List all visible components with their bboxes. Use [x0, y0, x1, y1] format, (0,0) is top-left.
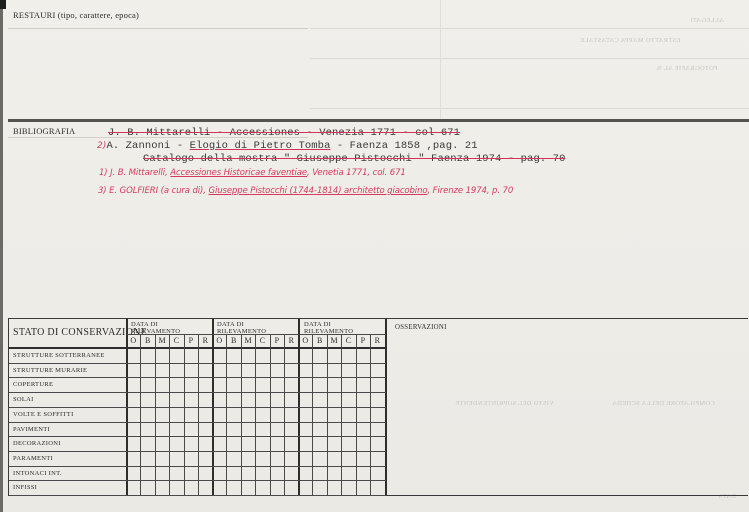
condition-checkbox-c[interactable]: [341, 436, 355, 451]
condition-checkbox-c[interactable]: [341, 377, 355, 392]
condition-checkbox-c[interactable]: [169, 407, 183, 422]
condition-checkbox-r[interactable]: [370, 363, 384, 378]
condition-checkbox-r[interactable]: [198, 495, 212, 510]
condition-checkbox-b[interactable]: [312, 363, 326, 378]
condition-checkbox-p[interactable]: [356, 480, 370, 495]
condition-code-r: R: [370, 336, 384, 345]
condition-checkbox-p[interactable]: [270, 392, 284, 407]
condition-checkbox-o[interactable]: [126, 348, 140, 363]
date-group-header-2: DATA DI RILEVAMENTO: [217, 321, 266, 335]
condition-checkbox-o[interactable]: [126, 466, 140, 481]
condition-checkbox-r[interactable]: [370, 392, 384, 407]
condition-row-label: PAVIMENTI: [13, 426, 50, 433]
condition-checkbox-r[interactable]: [370, 407, 384, 422]
condition-checkbox-b[interactable]: [312, 451, 326, 466]
condition-checkbox-m[interactable]: [241, 422, 255, 437]
condition-checkbox-r[interactable]: [370, 466, 384, 481]
condition-checkbox-m[interactable]: [155, 451, 169, 466]
observations-field[interactable]: [387, 333, 747, 493]
condition-checkbox-p[interactable]: [270, 480, 284, 495]
date-group-header-1: DATA DI RILEVAMENTO: [131, 321, 180, 335]
condition-row-label: PARAMENTI: [13, 455, 53, 462]
condition-checkbox-o[interactable]: [126, 407, 140, 422]
condition-code-o: O: [212, 336, 226, 345]
condition-checkbox-r[interactable]: [198, 451, 212, 466]
condition-code-p: P: [356, 336, 370, 345]
condition-checkbox-p[interactable]: [356, 495, 370, 510]
condition-checkbox-b[interactable]: [140, 480, 154, 495]
condition-checkbox-r[interactable]: [198, 392, 212, 407]
condition-checkbox-o[interactable]: [212, 451, 226, 466]
condition-checkbox-b[interactable]: [140, 392, 154, 407]
condition-checkbox-r[interactable]: [370, 348, 384, 363]
condition-checkbox-c[interactable]: [169, 466, 183, 481]
condition-checkbox-m[interactable]: [241, 495, 255, 510]
condition-checkbox-o[interactable]: [212, 495, 226, 510]
condition-checkbox-m[interactable]: [241, 436, 255, 451]
condition-checkbox-o[interactable]: [126, 436, 140, 451]
condition-checkbox-o[interactable]: [212, 422, 226, 437]
condition-checkbox-b[interactable]: [312, 495, 326, 510]
condition-checkbox-m[interactable]: [155, 407, 169, 422]
condition-checkbox-p[interactable]: [184, 495, 198, 510]
entry-title: Giuseppe Pistocchi (1744-1814) architett…: [208, 186, 427, 196]
condition-checkbox-o[interactable]: [212, 348, 226, 363]
condition-checkbox-m[interactable]: [327, 407, 341, 422]
bleed-through-text: ALLEGATI: [690, 17, 724, 24]
bleed-through-line: [310, 28, 749, 29]
condition-checkbox-b[interactable]: [226, 348, 240, 363]
condition-checkbox-p[interactable]: [356, 422, 370, 437]
condition-checkbox-b[interactable]: [226, 363, 240, 378]
condition-checkbox-o[interactable]: [212, 363, 226, 378]
condition-checkbox-c[interactable]: [169, 495, 183, 510]
condition-checkbox-p[interactable]: [184, 451, 198, 466]
condition-checkbox-p[interactable]: [270, 451, 284, 466]
condition-checkbox-r[interactable]: [284, 422, 298, 437]
condition-checkbox-o[interactable]: [126, 392, 140, 407]
condition-checkbox-o[interactable]: [126, 422, 140, 437]
condition-checkbox-p[interactable]: [184, 363, 198, 378]
condition-checkbox-r[interactable]: [198, 466, 212, 481]
entry-title: Elogio di Pietro Tomba: [190, 140, 331, 152]
condition-code-m: M: [155, 336, 169, 345]
condition-checkbox-p[interactable]: [270, 377, 284, 392]
condition-checkbox-p[interactable]: [356, 436, 370, 451]
condition-checkbox-p[interactable]: [356, 363, 370, 378]
condition-checkbox-c[interactable]: [169, 422, 183, 437]
condition-checkbox-b[interactable]: [226, 480, 240, 495]
condition-checkbox-b[interactable]: [226, 451, 240, 466]
condition-checkbox-c[interactable]: [255, 363, 269, 378]
condition-checkbox-o[interactable]: [298, 392, 312, 407]
observations-label: OSSERVAZIONI: [395, 324, 447, 331]
condition-checkbox-o[interactable]: [126, 451, 140, 466]
condition-checkbox-o[interactable]: [126, 363, 140, 378]
scan-edge: [0, 0, 3, 512]
condition-checkbox-b[interactable]: [226, 407, 240, 422]
condition-row-label: INFISSI: [13, 484, 37, 491]
condition-checkbox-r[interactable]: [370, 436, 384, 451]
condition-checkbox-c[interactable]: [341, 348, 355, 363]
condition-checkbox-c[interactable]: [341, 495, 355, 510]
condition-checkbox-m[interactable]: [327, 363, 341, 378]
condition-checkbox-m[interactable]: [155, 466, 169, 481]
condition-checkbox-b[interactable]: [140, 451, 154, 466]
condition-checkbox-m[interactable]: [327, 348, 341, 363]
condition-checkbox-r[interactable]: [370, 377, 384, 392]
condition-code-p: P: [184, 336, 198, 345]
condition-checkbox-o[interactable]: [212, 392, 226, 407]
catalog-card-page: ALLEGATI ESTRATTO MAPPA CATASTALE FOTOGR…: [0, 0, 749, 512]
bibliografia-label: BIBLIOGRAFIA: [13, 126, 75, 136]
condition-checkbox-c[interactable]: [169, 480, 183, 495]
condition-checkbox-m[interactable]: [155, 392, 169, 407]
condition-checkbox-r[interactable]: [370, 422, 384, 437]
condition-checkbox-b[interactable]: [312, 436, 326, 451]
condition-code-c: C: [341, 336, 355, 345]
condition-checkbox-m[interactable]: [155, 363, 169, 378]
condition-checkbox-m[interactable]: [241, 348, 255, 363]
condition-checkbox-r[interactable]: [284, 348, 298, 363]
condition-checkbox-o[interactable]: [298, 451, 312, 466]
condition-checkbox-p[interactable]: [184, 436, 198, 451]
condition-checkbox-b[interactable]: [140, 495, 154, 510]
condition-checkbox-b[interactable]: [226, 466, 240, 481]
condition-checkbox-c[interactable]: [255, 480, 269, 495]
condition-checkbox-r[interactable]: [284, 451, 298, 466]
condition-checkbox-p[interactable]: [184, 422, 198, 437]
condition-checkbox-p[interactable]: [356, 348, 370, 363]
condition-checkbox-b[interactable]: [226, 392, 240, 407]
condition-checkbox-o[interactable]: [298, 436, 312, 451]
condition-checkbox-b[interactable]: [140, 407, 154, 422]
condition-checkbox-m[interactable]: [155, 436, 169, 451]
condition-code-b: B: [227, 336, 241, 345]
stato-conservazione-table: STATO DI CONSERVAZIONE DATA DI RILEVAMEN…: [8, 318, 748, 496]
condition-checkbox-o[interactable]: [126, 377, 140, 392]
condition-checkbox-b[interactable]: [140, 436, 154, 451]
condition-code-b: B: [141, 336, 155, 345]
condition-checkbox-o[interactable]: [298, 348, 312, 363]
condition-checkbox-m[interactable]: [327, 377, 341, 392]
condition-checkbox-m[interactable]: [327, 392, 341, 407]
condition-checkbox-c[interactable]: [169, 377, 183, 392]
condition-checkbox-c[interactable]: [341, 407, 355, 422]
condition-checkbox-o[interactable]: [126, 480, 140, 495]
condition-checkbox-o[interactable]: [298, 480, 312, 495]
restauri-label: RESTAURI (tipo, carattere, epoca): [13, 10, 139, 20]
condition-checkbox-c[interactable]: [255, 451, 269, 466]
condition-code-r: R: [284, 336, 298, 345]
condition-checkbox-p[interactable]: [356, 392, 370, 407]
condition-code-m: M: [327, 336, 341, 345]
condition-checkbox-c[interactable]: [341, 451, 355, 466]
condition-checkbox-p[interactable]: [270, 495, 284, 510]
condition-checkbox-m[interactable]: [241, 480, 255, 495]
condition-checkbox-m[interactable]: [241, 407, 255, 422]
condition-checkbox-b[interactable]: [140, 377, 154, 392]
condition-checkbox-c[interactable]: [341, 480, 355, 495]
condition-checkbox-m[interactable]: [155, 377, 169, 392]
condition-code-o: O: [126, 336, 140, 345]
condition-checkbox-c[interactable]: [169, 436, 183, 451]
condition-checkbox-p[interactable]: [184, 466, 198, 481]
condition-checkbox-c[interactable]: [255, 348, 269, 363]
condition-checkbox-o[interactable]: [212, 480, 226, 495]
condition-checkbox-o[interactable]: [298, 466, 312, 481]
condition-checkbox-m[interactable]: [241, 392, 255, 407]
condition-code-b: B: [313, 336, 327, 345]
condition-checkbox-b[interactable]: [312, 422, 326, 437]
condition-checkbox-r[interactable]: [284, 407, 298, 422]
condition-checkbox-m[interactable]: [327, 466, 341, 481]
condition-checkbox-b[interactable]: [312, 377, 326, 392]
condition-checkbox-c[interactable]: [255, 495, 269, 510]
condition-checkbox-c[interactable]: [255, 422, 269, 437]
condition-checkbox-b[interactable]: [226, 377, 240, 392]
condition-checkbox-r[interactable]: [370, 451, 384, 466]
condition-checkbox-p[interactable]: [356, 451, 370, 466]
condition-checkbox-m[interactable]: [327, 422, 341, 437]
condition-checkbox-m[interactable]: [327, 495, 341, 510]
condition-code-c: C: [255, 336, 269, 345]
condition-checkbox-b[interactable]: [140, 363, 154, 378]
condition-checkbox-m[interactable]: [155, 348, 169, 363]
condition-checkbox-r[interactable]: [284, 392, 298, 407]
condition-checkbox-p[interactable]: [184, 480, 198, 495]
condition-checkbox-r[interactable]: [284, 363, 298, 378]
entry-title: Accessiones Historicae faventiae: [170, 168, 307, 178]
condition-checkbox-p[interactable]: [184, 377, 198, 392]
condition-checkbox-r[interactable]: [198, 377, 212, 392]
condition-checkbox-c[interactable]: [255, 466, 269, 481]
condition-checkbox-m[interactable]: [241, 377, 255, 392]
condition-checkbox-p[interactable]: [270, 466, 284, 481]
condition-checkbox-r[interactable]: [284, 377, 298, 392]
condition-row-label: INTONACI INT.: [13, 470, 62, 477]
condition-checkbox-o[interactable]: [298, 363, 312, 378]
condition-checkbox-o[interactable]: [212, 436, 226, 451]
condition-checkbox-b[interactable]: [226, 495, 240, 510]
condition-checkbox-o[interactable]: [126, 495, 140, 510]
condition-checkbox-o[interactable]: [212, 407, 226, 422]
restauri-field[interactable]: [8, 30, 748, 118]
condition-checkbox-o[interactable]: [212, 377, 226, 392]
condition-checkbox-b[interactable]: [140, 466, 154, 481]
condition-checkbox-r[interactable]: [198, 348, 212, 363]
condition-checkbox-o[interactable]: [298, 407, 312, 422]
section-divider: [8, 119, 749, 122]
condition-row-label: VOLTE E SOFFITTI: [13, 411, 74, 418]
condition-checkbox-b[interactable]: [226, 436, 240, 451]
date-group-header-3: DATA DI RILEVAMENTO: [304, 321, 353, 335]
condition-checkbox-b[interactable]: [312, 392, 326, 407]
condition-checkbox-c[interactable]: [169, 451, 183, 466]
condition-checkbox-c[interactable]: [255, 407, 269, 422]
condition-checkbox-c[interactable]: [341, 466, 355, 481]
condition-checkbox-c[interactable]: [255, 392, 269, 407]
condition-checkbox-p[interactable]: [184, 392, 198, 407]
condition-row-label: STRUTTURE SOTTERRANEE: [13, 352, 105, 359]
condition-checkbox-m[interactable]: [155, 480, 169, 495]
condition-checkbox-b[interactable]: [312, 466, 326, 481]
condition-checkbox-p[interactable]: [270, 407, 284, 422]
condition-row-label: DECORAZIONI: [13, 440, 61, 447]
restauri-rule: [8, 28, 308, 29]
condition-checkbox-r[interactable]: [284, 480, 298, 495]
condition-checkbox-o[interactable]: [298, 422, 312, 437]
condition-checkbox-o[interactable]: [212, 466, 226, 481]
condition-checkbox-r[interactable]: [284, 495, 298, 510]
condition-checkbox-p[interactable]: [356, 407, 370, 422]
condition-checkbox-m[interactable]: [155, 495, 169, 510]
condition-checkbox-c[interactable]: [255, 377, 269, 392]
condition-code-c: C: [169, 336, 183, 345]
bibliography-entry-typed-3: Catalogo della mostra " Giuseppe Pistocc…: [143, 153, 565, 165]
condition-checkbox-p[interactable]: [270, 436, 284, 451]
condition-checkbox-r[interactable]: [284, 436, 298, 451]
bibliography-entry-handwritten-2: 3) E. GOLFIERI (a cura di), Giuseppe Pis…: [98, 186, 513, 196]
condition-checkbox-b[interactable]: [312, 480, 326, 495]
condition-checkbox-b[interactable]: [312, 348, 326, 363]
condition-checkbox-c[interactable]: [341, 392, 355, 407]
condition-checkbox-o[interactable]: [298, 495, 312, 510]
condition-checkbox-m[interactable]: [327, 451, 341, 466]
condition-checkbox-r[interactable]: [198, 480, 212, 495]
condition-checkbox-b[interactable]: [226, 422, 240, 437]
condition-checkbox-c[interactable]: [341, 363, 355, 378]
condition-code-o: O: [298, 336, 312, 345]
condition-checkbox-p[interactable]: [270, 363, 284, 378]
condition-checkbox-m[interactable]: [155, 422, 169, 437]
condition-checkbox-r[interactable]: [198, 363, 212, 378]
condition-checkbox-b[interactable]: [140, 422, 154, 437]
condition-checkbox-p[interactable]: [270, 422, 284, 437]
condition-checkbox-p[interactable]: [270, 348, 284, 363]
condition-checkbox-m[interactable]: [241, 363, 255, 378]
condition-checkbox-p[interactable]: [356, 466, 370, 481]
condition-checkbox-c[interactable]: [169, 363, 183, 378]
condition-row-label: COPERTURE: [13, 381, 53, 388]
condition-checkbox-r[interactable]: [198, 436, 212, 451]
condition-checkbox-m[interactable]: [327, 480, 341, 495]
condition-checkbox-c[interactable]: [169, 348, 183, 363]
condition-checkbox-p[interactable]: [184, 348, 198, 363]
condition-checkbox-m[interactable]: [241, 466, 255, 481]
condition-checkbox-p[interactable]: [184, 407, 198, 422]
condition-checkbox-r[interactable]: [370, 495, 384, 510]
corner-mark: [0, 0, 6, 9]
condition-checkbox-m[interactable]: [241, 451, 255, 466]
condition-checkbox-c[interactable]: [255, 436, 269, 451]
bibliography-entry-typed-1: J. B. Mittarelli - Accessiones - Venezia…: [108, 127, 460, 139]
condition-code-p: P: [270, 336, 284, 345]
condition-row-label: STRUTTURE MURARIE: [13, 367, 87, 374]
condition-checkbox-p[interactable]: [356, 377, 370, 392]
condition-code-r: R: [198, 336, 212, 345]
bibliography-entry-handwritten-1: 1) J. B. Mittarelli, Accessiones Histori…: [99, 168, 406, 178]
condition-checkbox-r[interactable]: [198, 407, 212, 422]
condition-checkbox-m[interactable]: [327, 436, 341, 451]
condition-checkbox-c[interactable]: [341, 422, 355, 437]
condition-checkbox-b[interactable]: [140, 348, 154, 363]
condition-checkbox-o[interactable]: [298, 377, 312, 392]
condition-row-label: SOLAI: [13, 396, 34, 403]
condition-code-m: M: [241, 336, 255, 345]
condition-checkbox-b[interactable]: [312, 407, 326, 422]
condition-checkbox-r[interactable]: [370, 480, 384, 495]
condition-checkbox-r[interactable]: [198, 422, 212, 437]
condition-checkbox-r[interactable]: [284, 466, 298, 481]
condition-checkbox-c[interactable]: [169, 392, 183, 407]
bibliography-entry-typed-2: 2)A. Zannoni - Elogio di Pietro Tomba - …: [97, 140, 478, 152]
